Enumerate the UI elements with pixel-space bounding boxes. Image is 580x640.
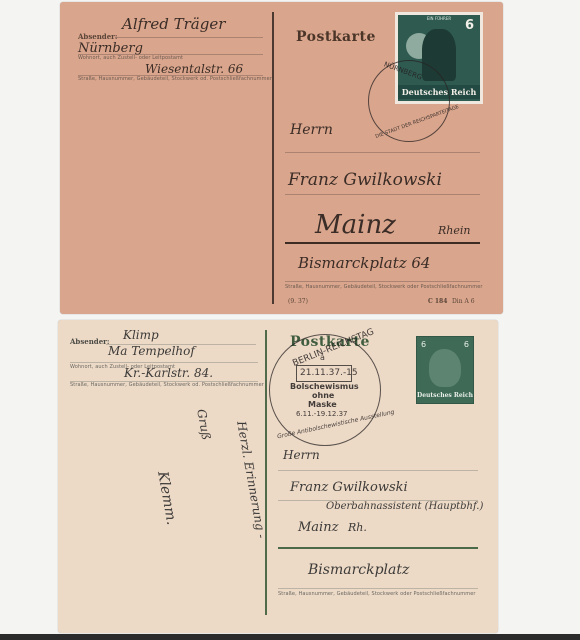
stamp-value: 6 xyxy=(465,18,474,33)
postcard-title: Postkarte xyxy=(296,29,376,45)
recipient-street: Bismarckplatz xyxy=(308,562,409,578)
scan-edge xyxy=(0,634,580,640)
postmark-letter: a xyxy=(320,353,325,362)
recipient-street: Bismarckplatz 64 xyxy=(298,254,430,272)
message-line-2: Gruß xyxy=(194,408,213,441)
postmark: NÜRNBERG DIE STADT DER REICHSPARTEITAGE xyxy=(368,60,450,142)
rule xyxy=(70,362,258,363)
postmark-date-box: 21.11.37.-15 xyxy=(296,365,352,382)
rule xyxy=(285,281,480,282)
sender-line3-label: Straße, Hausnummer, Gebäudeteil, Stockwe… xyxy=(70,382,264,388)
recipient-name: Franz Gwilkowski xyxy=(290,480,408,495)
sender-street: Kr.-Karlstr. 84. xyxy=(124,366,213,380)
recipient-city: Mainz xyxy=(298,520,338,535)
stamp-value-right: 6 xyxy=(464,340,469,349)
recipient-region: Rh. xyxy=(348,521,367,534)
postmark: BERLIN-REICHSTAG a 21.11.37.-15 Bolschew… xyxy=(269,334,381,446)
postmark-slogan-1: Bolschewismus xyxy=(290,382,359,391)
message-line-3: Klemm. xyxy=(154,470,179,526)
address-underline xyxy=(278,547,478,549)
footer-print-date: (9. 37) xyxy=(288,298,308,305)
postmark-dates: 6.11.-19.12.37 xyxy=(296,410,348,418)
postmark-slogan: DIE STADT DER REICHSPARTEITAGE xyxy=(375,104,460,140)
rule xyxy=(285,152,480,153)
rule xyxy=(70,381,258,382)
recipient-street-label: Straße, Hausnummer, Gebäudeteil, Stockwe… xyxy=(285,284,483,290)
address-underline xyxy=(285,242,480,244)
postmark-slogan-3: Maske xyxy=(308,400,337,409)
sender-street: Wiesentalstr. 66 xyxy=(145,62,243,76)
sender-line2-label: Wohnort, auch Zustell- oder Leitpostamt xyxy=(78,55,183,61)
recipient-name: Franz Gwilkowski xyxy=(288,170,442,190)
sender-line3-label: Straße, Hausnummer, Gebäudeteil, Stockwe… xyxy=(78,76,272,82)
sender-name: Klimp xyxy=(123,328,159,342)
rule xyxy=(115,37,263,38)
recipient-street-label: Straße, Hausnummer, Gebäudeteil, Stockwe… xyxy=(278,591,476,597)
card-divider xyxy=(272,12,274,304)
sender-label: Absender: xyxy=(78,32,117,41)
recipient-region: Rhein xyxy=(438,224,470,237)
stamp-portrait-icon xyxy=(429,349,461,387)
footer-code: C 184 xyxy=(428,298,447,305)
rule xyxy=(78,54,263,55)
postmark-slogan-2: ohne xyxy=(312,391,334,400)
rule xyxy=(278,588,478,589)
rule xyxy=(78,75,263,76)
stamp-value-left: 6 xyxy=(421,340,426,349)
recipient-city: Mainz xyxy=(315,210,396,240)
sender-city: Ma Tempelhof xyxy=(108,344,195,358)
postmark-city: NÜRNBERG xyxy=(383,60,423,81)
postmark-date: 21.11.37.-15 xyxy=(300,368,358,378)
rule xyxy=(285,194,480,195)
card-divider xyxy=(265,330,267,615)
postage-stamp: 6 6 Deutsches Reich xyxy=(416,336,474,404)
postcard-top: Absender: Alfred Träger Nürnberg Wohnort… xyxy=(60,2,503,314)
sender-label: Absender: xyxy=(70,337,109,346)
sender-name: Alfred Träger xyxy=(122,15,225,33)
footer-format: Din A 6 xyxy=(452,298,475,305)
postcard-bottom: Absender: Klimp Ma Tempelhof Wohnort, au… xyxy=(58,320,498,633)
message-line-1: Herzl. Erinnerung - xyxy=(234,420,268,539)
recipient-salutation: Herrn xyxy=(290,122,333,138)
recipient-line2: Oberbahnassistent (Hauptbhf.) xyxy=(326,501,483,512)
stamp-country: Deutsches Reich xyxy=(417,392,473,399)
rule xyxy=(278,470,478,471)
recipient-salutation: Herrn xyxy=(283,448,320,462)
